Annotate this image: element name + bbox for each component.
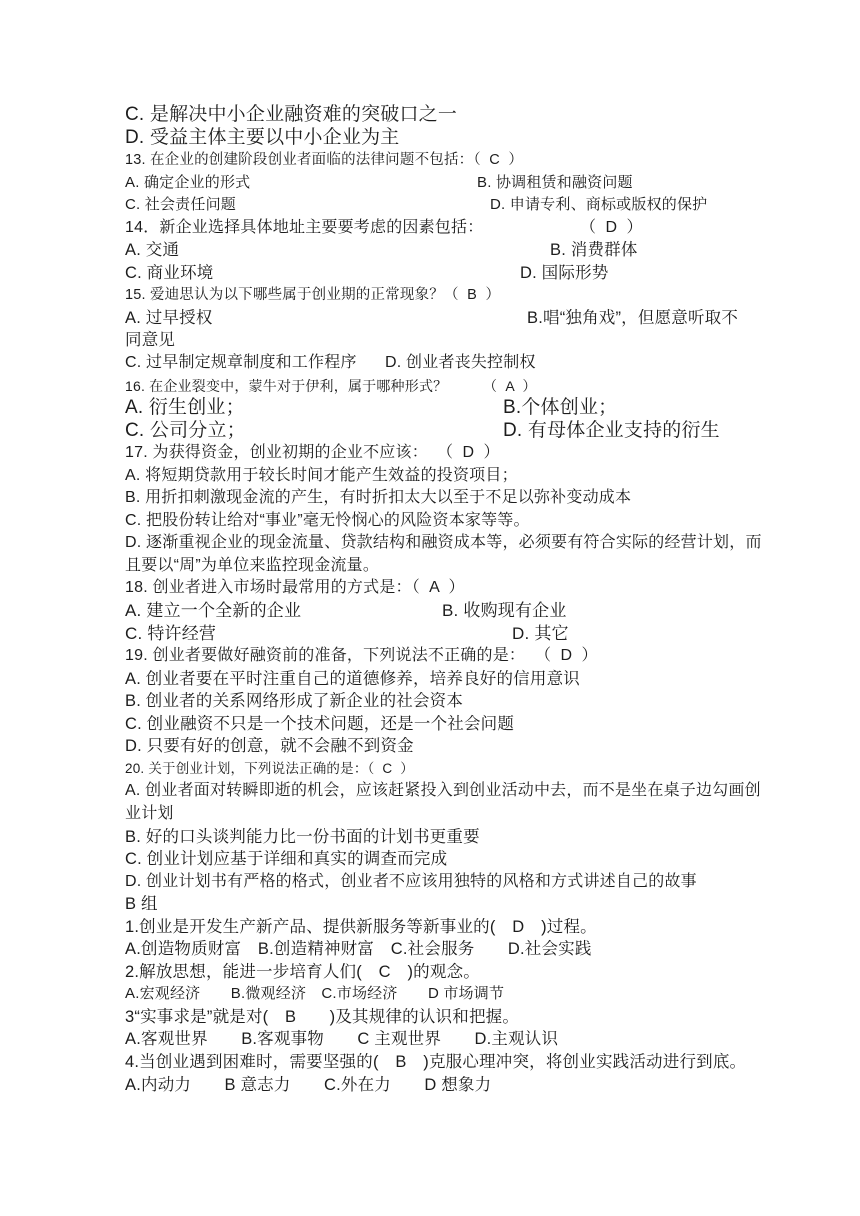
line-right-text: B. 消费群体 [550,239,638,262]
line-right-text: B. 收购现有企业 [442,600,567,623]
line-text: A. 衍生创业； [125,397,245,418]
line-text: C. 公司分立； [125,420,246,441]
line-right-text: （ A ） [483,375,537,398]
text-line: 13. 在企业的创建阶段创业者面临的法律问题不包括：（ C ） [125,149,825,172]
line-text: C. 创业计划应基于详细和真实的调查而完成 [125,850,447,868]
line-right-text: （ D ） [535,645,598,668]
line-right-text: （ D ） [437,442,500,465]
line-text: A.客观世界 B.客观事物 C 主观世界 D.主观认识 [125,1030,558,1048]
line-text: 2.解放思想，能进一步培育人们( C )的观念。 [125,963,480,981]
text-line: B. 创业者的关系网络形成了新企业的社会资本 [125,690,825,713]
text-line: A. 交通B. 消费群体 [125,239,825,262]
text-line: 同意见 [125,329,825,352]
text-line: A.创造物质财富 B.创造精神财富 C.社会服务 D.社会实践 [125,938,825,961]
text-line: 20. 关于创业计划，下列说法正确的是：（ C ） [125,758,825,781]
text-line: A. 创业者面对转瞬即逝的机会，应该赶紧投入到创业活动中去，而不是坐在桌子边勾画… [125,780,825,803]
line-right-text: D. 国际形势 [520,262,608,285]
text-line: 16. 在企业裂变中，蒙牛对于伊利，属于哪种形式？（ A ） [125,375,825,398]
line-text: A. 创业者面对转瞬即逝的机会，应该赶紧投入到创业活动中去，而不是坐在桌子边勾画… [125,782,761,799]
line-text: C. 是解决中小企业融资难的突破口之一 [125,104,457,125]
line-text: 20. 关于创业计划，下列说法正确的是：（ C ） [125,761,414,776]
page: { "page": { "background": "#ffffff", "te… [0,0,860,1216]
line-text: B. 用折扣刺激现金流的产生，有时折扣太大以至于不足以弥补变动成本 [125,489,631,506]
text-line: C. 创业计划应基于详细和真实的调查而完成 [125,848,825,871]
text-line: C. 特许经营D. 其它 [125,623,825,646]
line-right-text: D. 其它 [512,623,569,646]
text-line: A. 创业者要在平时注重自己的道德修养，培养良好的信用意识 [125,668,825,691]
line-text: A. 过早授权 [125,309,213,327]
line-right-text: D. 创业者丧失控制权 [385,352,536,375]
line-text: 16. 在企业裂变中，蒙牛对于伊利，属于哪种形式？ [125,378,447,394]
text-line: A. 建立一个全新的企业B. 收购现有企业 [125,600,825,623]
line-text: D. 逐渐重视企业的现金流量、贷款结构和融资成本等，必须要有符合实际的经营计划，… [125,534,762,551]
text-line: C. 社会责任问题D. 申请专利、商标或版权的保护 [125,194,825,217]
text-line: 3“实事求是”就是对( B )及其规律的认识和把握。 [125,1006,825,1029]
text-line: 1.创业是开发生产新产品、提供新服务等新事业的( D )过程。 [125,916,825,939]
line-text: A. 交通 [125,241,179,259]
line-text: 3“实事求是”就是对( B )及其规律的认识和把握。 [125,1008,519,1026]
text-line: A.宏观经济 B.微观经济 C.市场经济 D 市场调节 [125,983,825,1006]
text-line: C. 商业环境D. 国际形势 [125,262,825,285]
line-text: B. 好的口头谈判能力比一份书面的计划书更重要 [125,828,480,846]
line-right-text: D. 申请专利、商标或版权的保护 [490,194,707,217]
line-right-text: D. 有母体企业支持的衍生 [503,420,720,443]
line-text: B. 创业者的关系网络形成了新企业的社会资本 [125,692,463,710]
text-line: D. 逐渐重视企业的现金流量、贷款结构和融资成本等，必须要有符合实际的经营计划，… [125,532,825,555]
text-line: C. 是解决中小企业融资难的突破口之一 [125,104,825,127]
line-text: C. 创业融资不只是一个技术问题，还是一个社会问题 [125,715,514,733]
line-text: B 组 [125,895,158,913]
text-line: 2.解放思想，能进一步培育人们( C )的观念。 [125,961,825,984]
text-line: A. 衍生创业；B.个体创业； [125,397,825,420]
line-text: 业计划 [125,805,174,822]
line-text: 13. 在企业的创建阶段创业者面临的法律问题不包括：（ C ） [125,152,523,168]
line-text: D. 只要有好的创意，就不会融不到资金 [125,737,414,755]
text-line: 4.当创业遇到困难时，需要坚强的( B )克服心理冲突，将创业实践活动进行到底。 [125,1051,825,1074]
line-text: C. 把股份转让给对“事业”毫无怜悯心的风险资本家等等。 [125,512,530,529]
line-text: D. 创业计划书有严格的格式，创业者不应该用独特的风格和方式讲述自己的故事 [125,873,697,890]
line-text: A. 将短期贷款用于较长时间才能产生效益的投资项目； [125,467,518,484]
text-line: A. 确定企业的形式B. 协调租赁和融资问题 [125,172,825,195]
line-text: A.创造物质财富 B.创造精神财富 C.社会服务 D.社会实践 [125,940,592,958]
text-line: C. 把股份转让给对“事业”毫无怜悯心的风险资本家等等。 [125,510,825,533]
line-text: A. 创业者要在平时注重自己的道德修养，培养良好的信用意识 [125,670,580,688]
line-text: 1.创业是开发生产新产品、提供新服务等新事业的( D )过程。 [125,918,597,936]
line-text: A.内动力 B 意志力 C.外在力 D 想象力 [125,1076,491,1094]
line-text: 且要以“周”为单位来监控现金流量。 [125,557,379,574]
text-line: 14．新企业选择具体地址主要要考虑的因素包括：（ D ） [125,217,825,240]
text-line: D. 只要有好的创意，就不会融不到资金 [125,735,825,758]
line-text: C. 社会责任问题 [125,196,236,213]
text-line: 且要以“周”为单位来监控现金流量。 [125,555,825,578]
text-line: A. 过早授权B.唱“独角戏”，但愿意听取不 [125,307,825,330]
line-right-text: B.唱“独角戏”，但愿意听取不 [527,307,738,330]
line-text: 4.当创业遇到困难时，需要坚强的( B )克服心理冲突，将创业实践活动进行到底。 [125,1053,746,1071]
line-text: C. 特许经营 [125,624,216,643]
line-right-text: （ D ） [580,217,643,240]
text-line: C. 公司分立；D. 有母体企业支持的衍生 [125,420,825,443]
exam-document: C. 是解决中小企业融资难的突破口之一D. 受益主体主要以中小企业为主13. 在… [125,104,825,1096]
line-text: C. 商业环境 [125,264,213,282]
line-text: 19. 创业者要做好融资前的准备，下列说法不正确的是： [125,647,525,664]
line-text: C. 过早制定规章制度和工作程序 [125,354,357,371]
line-text: 同意见 [125,331,175,349]
text-line: C. 创业融资不只是一个技术问题，还是一个社会问题 [125,713,825,736]
text-line: D. 创业计划书有严格的格式，创业者不应该用独特的风格和方式讲述自己的故事 [125,871,825,894]
line-right-text: B. 协调租赁和融资问题 [477,172,633,195]
line-right-text: B.个体创业； [503,397,617,420]
line-text: D. 受益主体主要以中小企业为主 [125,127,399,148]
text-line: D. 受益主体主要以中小企业为主 [125,127,825,150]
text-line: C. 过早制定规章制度和工作程序D. 创业者丧失控制权 [125,352,825,375]
text-line: 19. 创业者要做好融资前的准备，下列说法不正确的是：（ D ） [125,645,825,668]
line-text: 18. 创业者进入市场时最常用的方式是：（ A ） [125,579,465,596]
text-line: A. 将短期贷款用于较长时间才能产生效益的投资项目； [125,465,825,488]
text-line: 业计划 [125,803,825,826]
line-text: A.宏观经济 B.微观经济 C.市场经济 D 市场调节 [125,985,504,1002]
text-line: 18. 创业者进入市场时最常用的方式是：（ A ） [125,577,825,600]
text-line: 15. 爱迪思认为以下哪些属于创业期的正常现象？（ B ） [125,284,825,307]
line-text: A. 建立一个全新的企业 [125,601,301,620]
line-text: 14．新企业选择具体地址主要要考虑的因素包括： [125,219,483,236]
line-text: 17. 为获得资金，创业初期的企业不应该： [125,444,428,461]
text-line: 17. 为获得资金，创业初期的企业不应该：（ D ） [125,442,825,465]
text-line: A.内动力 B 意志力 C.外在力 D 想象力 [125,1074,825,1097]
text-line: A.客观世界 B.客观事物 C 主观世界 D.主观认识 [125,1028,825,1051]
text-line: B 组 [125,893,825,916]
line-text: 15. 爱迪思认为以下哪些属于创业期的正常现象？（ B ） [125,287,500,303]
text-line: B. 好的口头谈判能力比一份书面的计划书更重要 [125,826,825,849]
text-line: B. 用折扣刺激现金流的产生，有时折扣太大以至于不足以弥补变动成本 [125,487,825,510]
line-text: A. 确定企业的形式 [125,174,250,191]
